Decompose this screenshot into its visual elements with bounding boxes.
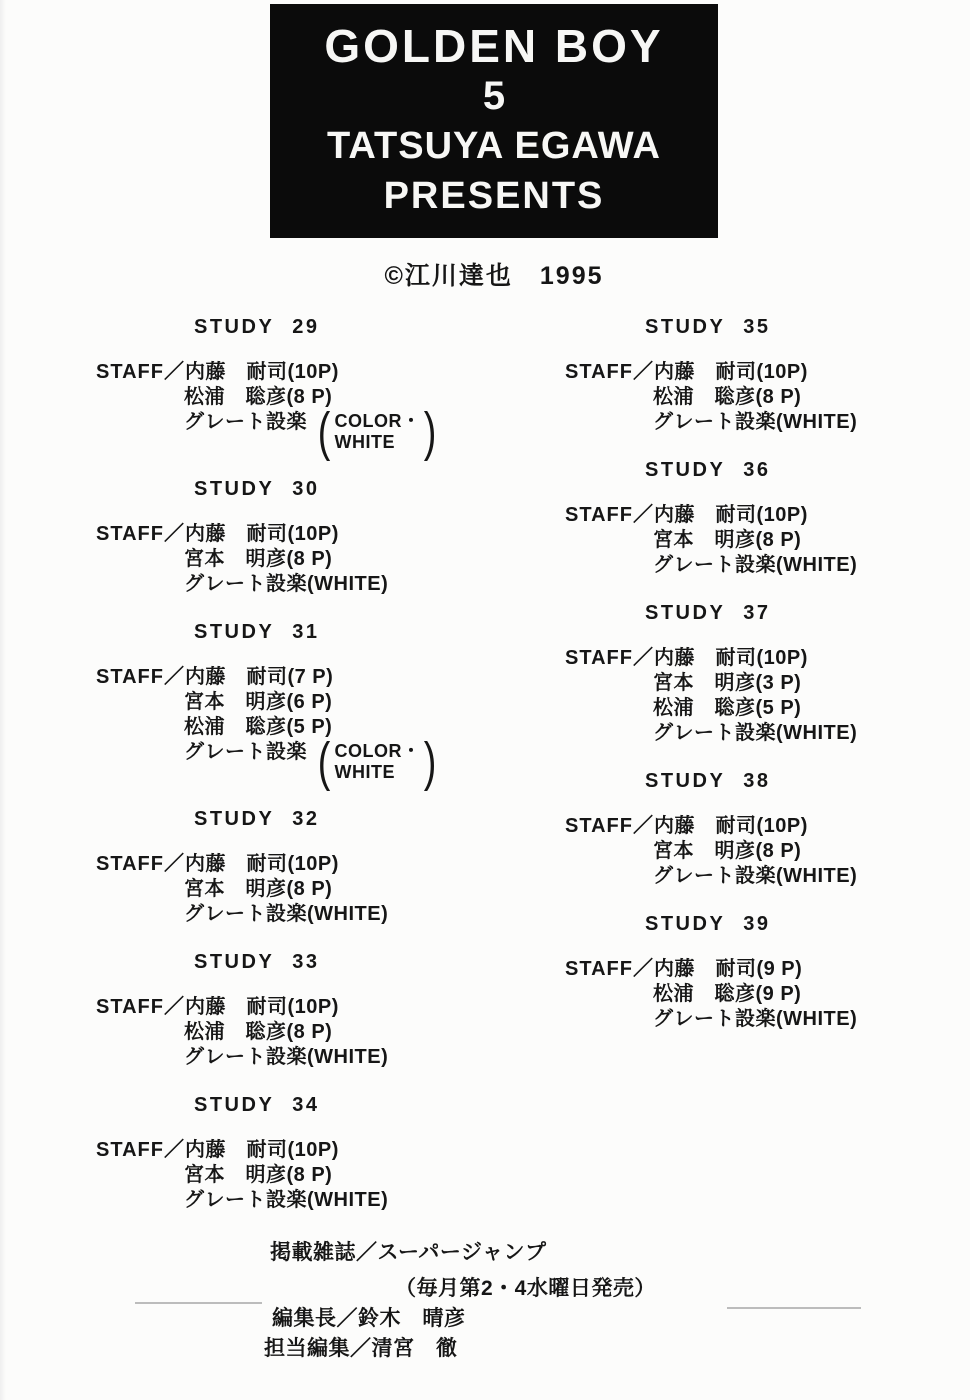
study-number: 31	[292, 621, 319, 643]
staff-member-line: STAFF／内藤 耐司(9 P)	[565, 957, 935, 982]
great-shikaku-name: グレート設楽	[184, 903, 307, 925]
staff-list: STAFF／内藤 耐司(10P)宮本 明彦(8 P)グレート設楽(WHITE)	[565, 503, 935, 578]
credit-text: (WHITE)	[776, 554, 857, 576]
great-shikaku-name: グレート設楽	[184, 740, 307, 765]
great-shikaku-name: グレート設楽	[184, 410, 307, 435]
staff-member-name: 松浦 聡彦(8 P)	[184, 1021, 332, 1043]
great-shikaku-name: グレート設楽	[653, 722, 776, 744]
study-label: STUDY	[194, 621, 274, 643]
staff-list: STAFF／内藤 耐司(7 P)宮本 明彦(6 P)松浦 聡彦(5 P)グレート…	[96, 665, 466, 784]
staff-member-name: 宮本 明彦(6 P)	[184, 691, 332, 713]
staff-member-line: STAFF／内藤 耐司(10P)	[96, 995, 466, 1020]
great-shikaku-line: グレート設楽(WHITE)	[565, 1007, 935, 1032]
page-scan-edge	[0, 0, 6, 1400]
divider-rule-left	[135, 1302, 262, 1304]
study-column-left: STUDY29STAFF／内藤 耐司(10P)松浦 聡彦(8 P)グレート設楽(…	[96, 316, 466, 1213]
staff-label: STAFF／	[96, 996, 185, 1018]
staff-list: STAFF／内藤 耐司(10P)松浦 聡彦(8 P)グレート設楽(WHITE)	[565, 360, 935, 435]
paren-close: )	[424, 740, 437, 784]
staff-label: STAFF／	[96, 666, 185, 688]
staff-label: STAFF／	[96, 853, 185, 875]
credit-lines: COLOR・WHITE	[333, 741, 421, 783]
staff-member-line: STAFF／内藤 耐司(10P)	[565, 814, 935, 839]
author-name: TATSUYA EGAWA	[327, 121, 661, 171]
staff-member-line: STAFF／内藤 耐司(10P)	[565, 360, 935, 385]
staff-member-name: 内藤 耐司(10P)	[185, 361, 339, 383]
credit-lines: COLOR・WHITE	[333, 411, 421, 453]
study-title: STUDY39	[645, 913, 935, 935]
study-number: 39	[743, 913, 770, 935]
staff-member-line: 松浦 聡彦(5 P)	[96, 715, 466, 740]
study-block: STUDY36STAFF／内藤 耐司(10P)宮本 明彦(8 P)グレート設楽(…	[565, 459, 935, 578]
staff-member-name: 内藤 耐司(10P)	[654, 361, 808, 383]
great-shikaku-line: グレート設楽(COLOR・WHITE)	[96, 410, 466, 454]
staff-label: STAFF／	[565, 647, 654, 669]
study-block: STUDY32STAFF／内藤 耐司(10P)宮本 明彦(8 P)グレート設楽(…	[96, 808, 466, 927]
study-number: 35	[743, 316, 770, 338]
study-block: STUDY29STAFF／内藤 耐司(10P)松浦 聡彦(8 P)グレート設楽(…	[96, 316, 466, 454]
credits-page: GOLDEN BOY 5 TATSUYA EGAWA PRESENTS ©江川達…	[0, 0, 970, 1400]
staff-member-line: STAFF／内藤 耐司(10P)	[96, 360, 466, 385]
staff-member-line: STAFF／内藤 耐司(10P)	[96, 852, 466, 877]
staff-list: STAFF／内藤 耐司(9 P)松浦 聡彦(9 P)グレート設楽(WHITE)	[565, 957, 935, 1032]
staff-member-line: 松浦 聡彦(9 P)	[565, 982, 935, 1007]
staff-member-name: 内藤 耐司(10P)	[185, 523, 339, 545]
chief-editor-line: 編集長／鈴木 晴彦	[272, 1304, 656, 1334]
staff-member-name: 宮本 明彦(3 P)	[653, 672, 801, 694]
staff-member-line: STAFF／内藤 耐司(7 P)	[96, 665, 466, 690]
staff-member-line: STAFF／内藤 耐司(10P)	[96, 522, 466, 547]
staff-member-line: STAFF／内藤 耐司(10P)	[565, 503, 935, 528]
staff-label: STAFF／	[565, 815, 654, 837]
staff-member-line: 松浦 聡彦(8 P)	[565, 385, 935, 410]
great-shikaku-line: グレート設楽(WHITE)	[565, 864, 935, 889]
staff-list: STAFF／内藤 耐司(10P)宮本 明彦(8 P)グレート設楽(WHITE)	[96, 1138, 466, 1213]
study-label: STUDY	[645, 459, 725, 481]
staff-member-name: 宮本 明彦(8 P)	[184, 548, 332, 570]
study-title: STUDY38	[645, 770, 935, 792]
staff-member-name: 内藤 耐司(10P)	[185, 1139, 339, 1161]
staff-member-name: 松浦 聡彦(8 P)	[184, 386, 332, 408]
staff-member-name: 宮本 明彦(8 P)	[184, 878, 332, 900]
staff-member-line: 宮本 明彦(6 P)	[96, 690, 466, 715]
staff-member-line: 松浦 聡彦(8 P)	[96, 1020, 466, 1045]
staff-list: STAFF／内藤 耐司(10P)宮本 明彦(8 P)グレート設楽(WHITE)	[96, 852, 466, 927]
great-shikaku-line: グレート設楽(WHITE)	[565, 721, 935, 746]
staff-member-name: 内藤 耐司(10P)	[185, 853, 339, 875]
paren-open: (	[318, 410, 331, 454]
credit-text: (WHITE)	[776, 865, 857, 887]
great-shikaku-line: グレート設楽(WHITE)	[96, 1188, 466, 1213]
staff-list: STAFF／内藤 耐司(10P)松浦 聡彦(8 P)グレート設楽(WHITE)	[96, 995, 466, 1070]
study-number: 36	[743, 459, 770, 481]
staff-member-line: 宮本 明彦(8 P)	[96, 877, 466, 902]
study-number: 29	[292, 316, 319, 338]
staff-label: STAFF／	[96, 523, 185, 545]
great-shikaku-name: グレート設楽	[653, 1008, 776, 1030]
staff-member-line: 宮本 明彦(3 P)	[565, 671, 935, 696]
study-title: STUDY30	[194, 478, 466, 500]
staff-member-name: 宮本 明彦(8 P)	[184, 1164, 332, 1186]
staff-member-name: 内藤 耐司(9 P)	[654, 958, 802, 980]
staff-label: STAFF／	[565, 504, 654, 526]
great-shikaku-name: グレート設楽	[653, 411, 776, 433]
copyright-line: ©江川達也 1995	[270, 256, 718, 292]
staff-member-name: 宮本 明彦(8 P)	[653, 840, 801, 862]
color-white-credit: (COLOR・WHITE)	[315, 410, 440, 454]
staff-member-line: 宮本 明彦(8 P)	[96, 1163, 466, 1188]
study-number: 38	[743, 770, 770, 792]
study-label: STUDY	[645, 913, 725, 935]
credit-text: (WHITE)	[307, 1046, 388, 1068]
magazine-line: 掲載雑誌／スーパージャンプ	[270, 1238, 656, 1268]
study-number: 33	[292, 951, 319, 973]
study-column-right: STUDY35STAFF／内藤 耐司(10P)松浦 聡彦(8 P)グレート設楽(…	[565, 316, 935, 1032]
credit-text: (WHITE)	[307, 1189, 388, 1211]
study-title: STUDY36	[645, 459, 935, 481]
staff-member-name: 宮本 明彦(8 P)	[653, 529, 801, 551]
staff-label: STAFF／	[96, 1139, 185, 1161]
great-shikaku-line: グレート設楽(WHITE)	[96, 1045, 466, 1070]
great-shikaku-name: グレート設楽	[184, 1046, 307, 1068]
publication-info: 掲載雑誌／スーパージャンプ （毎月第2・4水曜日発売） 編集長／鈴木 晴彦 担当…	[264, 1238, 656, 1364]
great-shikaku-name: グレート設楽	[184, 1189, 307, 1211]
study-label: STUDY	[645, 316, 725, 338]
great-shikaku-name: グレート設楽	[184, 573, 307, 595]
credit-text: (WHITE)	[776, 411, 857, 433]
study-number: 30	[292, 478, 319, 500]
staff-member-name: 松浦 聡彦(8 P)	[653, 386, 801, 408]
great-shikaku-line: グレート設楽(WHITE)	[565, 553, 935, 578]
staff-list: STAFF／内藤 耐司(10P)宮本 明彦(8 P)グレート設楽(WHITE)	[565, 814, 935, 889]
credit-line: WHITE	[334, 432, 420, 453]
study-block: STUDY30STAFF／内藤 耐司(10P)宮本 明彦(8 P)グレート設楽(…	[96, 478, 466, 597]
great-shikaku-line: グレート設楽(COLOR・WHITE)	[96, 740, 466, 784]
staff-member-line: 松浦 聡彦(8 P)	[96, 385, 466, 410]
credit-text: (WHITE)	[776, 1008, 857, 1030]
credit-line: COLOR・	[334, 411, 420, 432]
credit-text: (WHITE)	[307, 573, 388, 595]
staff-member-line: 宮本 明彦(8 P)	[565, 528, 935, 553]
staff-member-name: 内藤 耐司(7 P)	[185, 666, 333, 688]
study-title: STUDY32	[194, 808, 466, 830]
study-title: STUDY35	[645, 316, 935, 338]
staff-member-name: 内藤 耐司(10P)	[654, 647, 808, 669]
great-shikaku-line: グレート設楽(WHITE)	[96, 902, 466, 927]
study-block: STUDY39STAFF／内藤 耐司(9 P)松浦 聡彦(9 P)グレート設楽(…	[565, 913, 935, 1032]
staff-member-name: 内藤 耐司(10P)	[185, 996, 339, 1018]
study-title: STUDY33	[194, 951, 466, 973]
study-title: STUDY37	[645, 602, 935, 624]
study-label: STUDY	[194, 1094, 274, 1116]
staff-list: STAFF／内藤 耐司(10P)宮本 明彦(8 P)グレート設楽(WHITE)	[96, 522, 466, 597]
great-shikaku-line: グレート設楽(WHITE)	[565, 410, 935, 435]
study-block: STUDY31STAFF／内藤 耐司(7 P)宮本 明彦(6 P)松浦 聡彦(5…	[96, 621, 466, 784]
staff-label: STAFF／	[565, 958, 654, 980]
study-block: STUDY34STAFF／内藤 耐司(10P)宮本 明彦(8 P)グレート設楽(…	[96, 1094, 466, 1213]
study-block: STUDY33STAFF／内藤 耐司(10P)松浦 聡彦(8 P)グレート設楽(…	[96, 951, 466, 1070]
staff-member-name: 内藤 耐司(10P)	[654, 504, 808, 526]
series-title: GOLDEN BOY	[324, 21, 663, 71]
credit-text: (WHITE)	[307, 903, 388, 925]
study-title: STUDY29	[194, 316, 466, 338]
staff-member-name: 松浦 聡彦(9 P)	[653, 983, 801, 1005]
staff-label: STAFF／	[96, 361, 185, 383]
staff-member-name: 内藤 耐司(10P)	[654, 815, 808, 837]
magazine-schedule-line: （毎月第2・4水曜日発売）	[395, 1274, 656, 1304]
study-number: 34	[292, 1094, 319, 1116]
paren-open: (	[318, 740, 331, 784]
presents-label: PRESENTS	[384, 171, 605, 221]
divider-rule-right	[727, 1307, 861, 1309]
editor-line: 担当編集／清宮 徹	[264, 1334, 656, 1364]
staff-list: STAFF／内藤 耐司(10P)宮本 明彦(3 P)松浦 聡彦(5 P)グレート…	[565, 646, 935, 746]
study-label: STUDY	[194, 808, 274, 830]
credit-line: COLOR・	[334, 741, 420, 762]
study-label: STUDY	[194, 316, 274, 338]
study-title: STUDY31	[194, 621, 466, 643]
staff-member-line: 宮本 明彦(8 P)	[565, 839, 935, 864]
study-block: STUDY35STAFF／内藤 耐司(10P)松浦 聡彦(8 P)グレート設楽(…	[565, 316, 935, 435]
study-number: 37	[743, 602, 770, 624]
credit-line: WHITE	[334, 762, 420, 783]
study-label: STUDY	[194, 951, 274, 973]
staff-member-line: STAFF／内藤 耐司(10P)	[96, 1138, 466, 1163]
great-shikaku-name: グレート設楽	[653, 554, 776, 576]
great-shikaku-name: グレート設楽	[653, 865, 776, 887]
staff-member-name: 松浦 聡彦(5 P)	[184, 716, 332, 738]
volume-number: 5	[483, 71, 505, 121]
study-title: STUDY34	[194, 1094, 466, 1116]
color-white-credit: (COLOR・WHITE)	[315, 740, 440, 784]
study-block: STUDY37STAFF／内藤 耐司(10P)宮本 明彦(3 P)松浦 聡彦(5…	[565, 602, 935, 746]
staff-member-line: STAFF／内藤 耐司(10P)	[565, 646, 935, 671]
title-box: GOLDEN BOY 5 TATSUYA EGAWA PRESENTS	[270, 4, 718, 238]
staff-member-line: 松浦 聡彦(5 P)	[565, 696, 935, 721]
study-label: STUDY	[194, 478, 274, 500]
study-label: STUDY	[645, 602, 725, 624]
study-block: STUDY38STAFF／内藤 耐司(10P)宮本 明彦(8 P)グレート設楽(…	[565, 770, 935, 889]
staff-label: STAFF／	[565, 361, 654, 383]
staff-member-name: 松浦 聡彦(5 P)	[653, 697, 801, 719]
study-number: 32	[292, 808, 319, 830]
great-shikaku-line: グレート設楽(WHITE)	[96, 572, 466, 597]
study-label: STUDY	[645, 770, 725, 792]
credit-text: (WHITE)	[776, 722, 857, 744]
staff-member-line: 宮本 明彦(8 P)	[96, 547, 466, 572]
staff-list: STAFF／内藤 耐司(10P)松浦 聡彦(8 P)グレート設楽(COLOR・W…	[96, 360, 466, 454]
paren-close: )	[424, 410, 437, 454]
